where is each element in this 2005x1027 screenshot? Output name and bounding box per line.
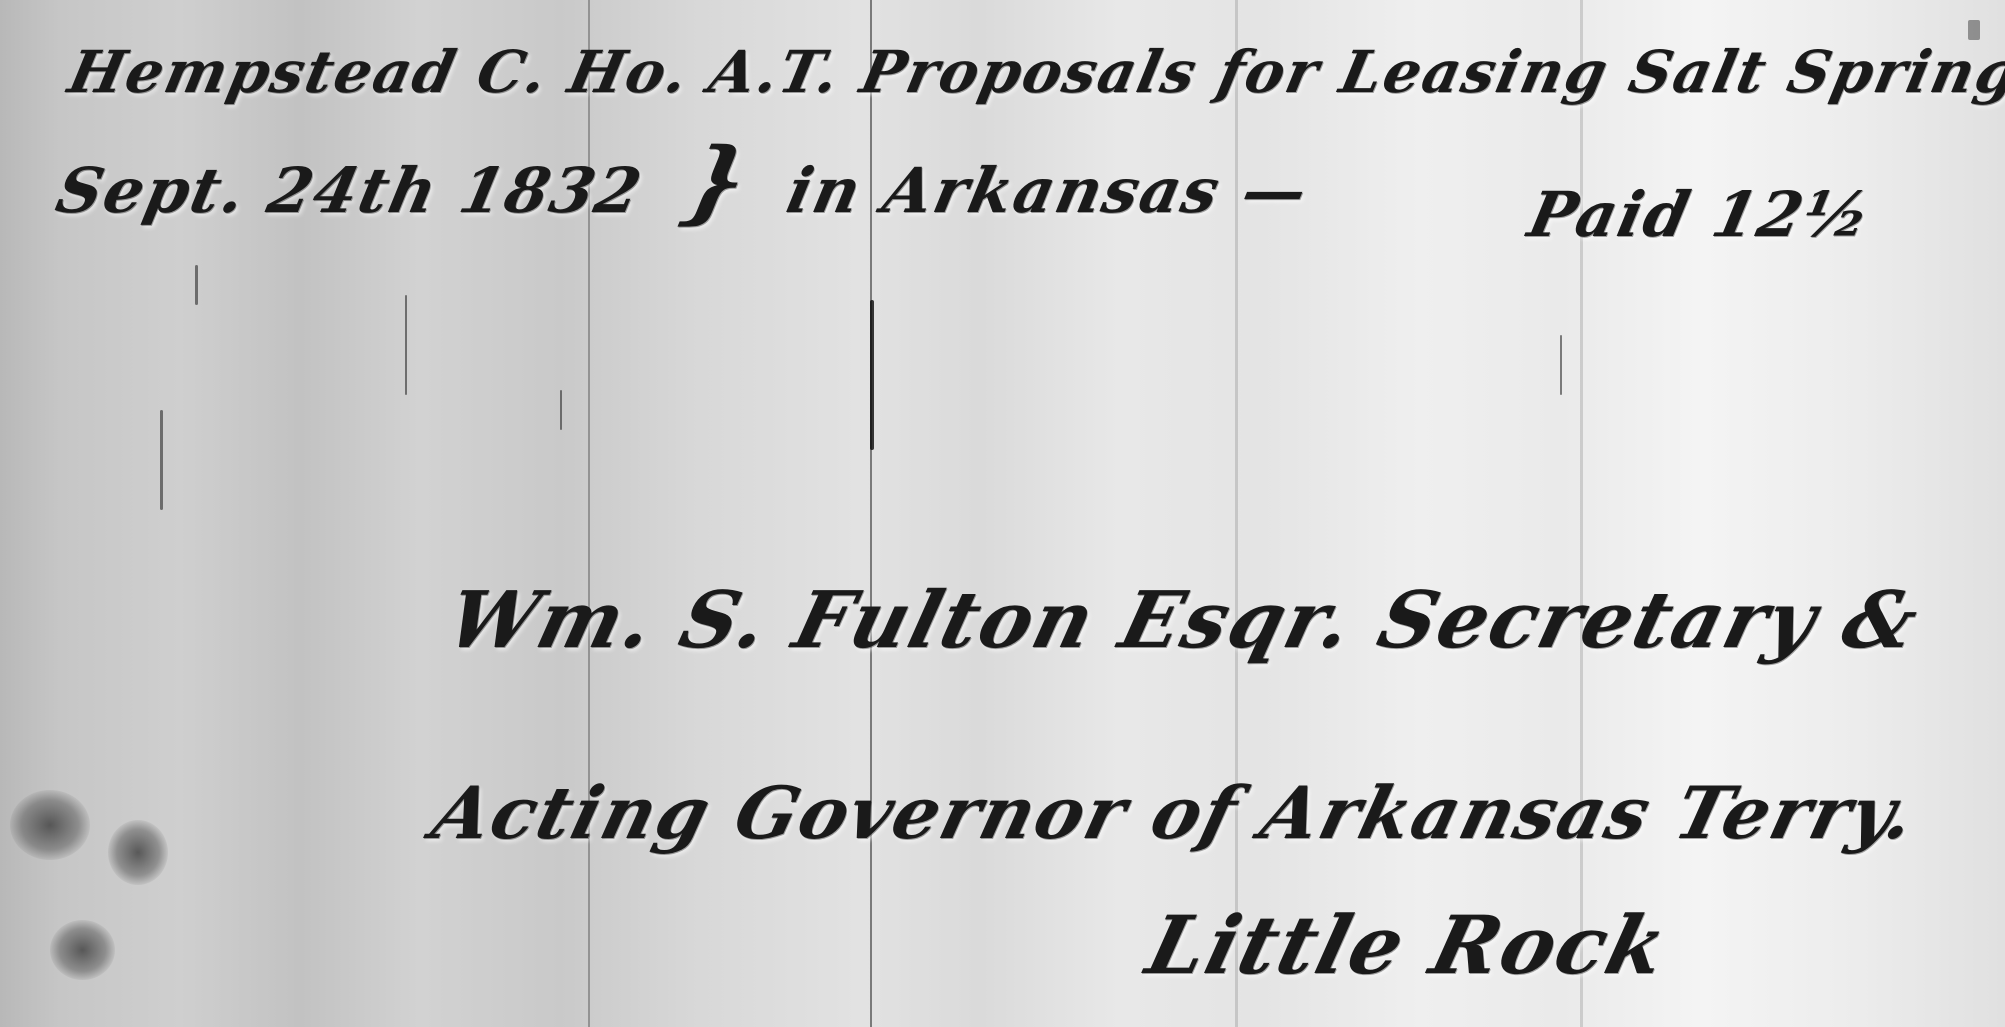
paper-mark [1560,335,1562,395]
docket-heading-line: Hempstead C. Ho. A.T. Proposals for Leas… [63,38,2005,106]
scanned-document-page: Hempstead C. Ho. A.T. Proposals for Leas… [0,0,2005,1027]
payment-note: Paid 12½ [1522,178,1878,251]
paper-mark [195,265,198,305]
addressee-title: Acting Governor of Arkansas Terry. [424,770,1925,855]
docket-location: in Arkansas — [781,154,1315,227]
brace-mark: } [676,128,758,234]
paper-mark [1968,20,1980,40]
addressee-location: Little Rock [1138,898,1677,992]
addressee-name: Wm. S. Fulton Esqr. Secretary & [439,575,1929,666]
paper-mark [405,295,407,395]
ink-stain [108,820,168,885]
fold-line [1580,0,1583,1027]
ink-stain [50,920,115,980]
paper-mark [870,300,874,450]
docket-date: Sept. 24th 1832 } in Arkansas — [49,128,1321,234]
paper-mark [160,410,163,510]
ink-stain [10,790,90,860]
paper-mark [560,390,562,430]
docket-date-text: Sept. 24th 1832 [50,154,649,227]
